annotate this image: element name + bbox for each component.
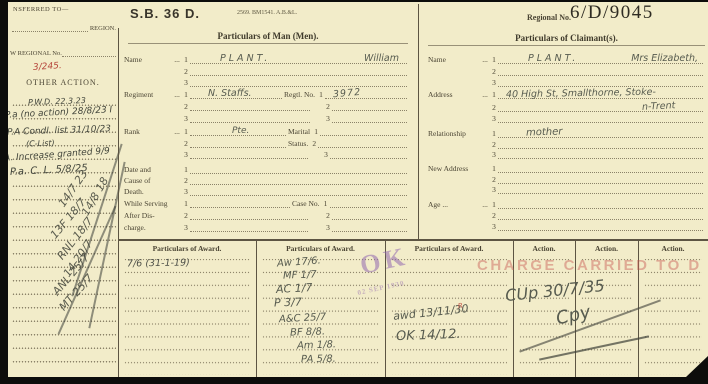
row-number: 1	[490, 90, 498, 99]
row-number: 2	[182, 102, 190, 111]
region-row: REGION.	[12, 21, 116, 32]
other-action-heading: OTHER ACTION.	[8, 78, 118, 87]
man-rank-row-3: 3 3	[124, 148, 407, 159]
row-number: 3	[182, 78, 190, 87]
claimant-age-line-2	[498, 209, 703, 220]
claimant-name-row-3: 3	[428, 76, 703, 87]
row-number: 3	[182, 223, 190, 232]
man-marital-line-1	[320, 125, 407, 136]
award-entry: AC 1/7	[276, 281, 313, 296]
death-label-3: Death.	[124, 187, 172, 196]
award-entry: OK 14/12.	[396, 327, 461, 344]
awards-section-divider	[118, 239, 708, 241]
claimant-address-row-1: Address ... 1 40 High St, Smallthorne, S…	[428, 88, 703, 99]
claimant-address-line-1: 40 High St, Smallthorne, Stoke-	[498, 88, 703, 99]
man-title-rule	[128, 43, 408, 44]
man-forename-handwriting: William	[364, 53, 399, 64]
ellipsis: ...	[480, 90, 490, 99]
new-regional-no-row: W REGIONAL No.	[10, 46, 116, 57]
after-discharge-label-1: After Dis-	[124, 211, 172, 220]
row-number: 1	[490, 129, 498, 138]
man-regiment-handwriting: N. Staffs.	[208, 88, 252, 99]
claimant-relationship-row-3: 3	[428, 148, 703, 159]
claimant-new-address-row-3: 3	[428, 183, 703, 194]
man-claimant-divider	[418, 4, 419, 240]
man-rank-handwriting: Pte.	[232, 126, 249, 136]
row-number: 2	[310, 139, 318, 148]
row-number: 1	[182, 90, 190, 99]
claimant-relationship-line-3	[498, 148, 703, 159]
man-case-line-3	[332, 221, 407, 232]
after-discharge-label-2: charge.	[124, 223, 172, 232]
claimant-age-row-3: 3	[428, 220, 703, 231]
other-action-note: (C-List)	[26, 139, 55, 149]
man-serving-line-1	[190, 197, 290, 208]
action-column-header-3: Action.	[638, 244, 708, 253]
red-check-mark: R	[457, 302, 463, 311]
man-regiment-row-2: 2 2	[124, 100, 407, 111]
man-death-row-1: Date and 1	[124, 163, 407, 174]
man-name-line-3	[190, 76, 407, 87]
action-column-header-1: Action.	[513, 244, 575, 253]
row-number: 1	[490, 55, 498, 64]
award-entry: PA 5/8.	[301, 354, 336, 366]
while-serving-label: While Serving	[124, 199, 172, 208]
man-regtl-no-handwriting: 3972	[333, 87, 362, 100]
relationship-handwriting: mother	[526, 126, 563, 138]
row-number: 1	[182, 127, 190, 136]
man-rank-line-1: Pte.	[190, 125, 286, 136]
row-number: 2	[182, 176, 190, 185]
row-number: 3	[182, 187, 190, 196]
claimant-age-row-1: Age ... ... 1	[428, 198, 703, 209]
claimant-surname-handwriting: PLANT.	[528, 53, 578, 64]
form-number: S.B. 36 D.	[130, 6, 200, 21]
man-rank-line-3	[190, 148, 308, 159]
man-name-row-2: 2	[124, 65, 407, 76]
man-name-row-1: Name ... 1 PLANT. William	[124, 53, 407, 64]
claimant-address-row-2: 2 n-Trent	[428, 101, 703, 112]
man-death-line-3	[190, 185, 407, 196]
row-number: 2	[490, 103, 498, 112]
claimant-age-row-2: 2	[428, 209, 703, 220]
claimant-name-row-2: 2	[428, 65, 703, 76]
age-label: Age ...	[428, 200, 480, 209]
row-number: 1	[182, 199, 190, 208]
man-name-label: Name	[124, 55, 172, 64]
row-number: 1	[490, 200, 498, 209]
man-serving-row-2: After Dis- 2 2	[124, 209, 407, 220]
award-entry: 7/6 (31-1-19)	[127, 257, 190, 269]
man-name-line-2	[190, 65, 407, 76]
award-entry: MF 1/7	[283, 269, 317, 281]
man-case-line-1	[330, 197, 408, 208]
new-regional-no-dotted-line	[62, 46, 116, 57]
claimant-address-handwriting-2: n-Trent	[641, 100, 675, 113]
row-number: 3	[322, 150, 330, 159]
claimant-title-rule	[428, 45, 705, 46]
row-number: 2	[182, 139, 190, 148]
claimant-name-label: Name	[428, 55, 480, 64]
man-rank-row-2: 2 Status. 2	[124, 137, 407, 148]
claimant-name-line-3	[498, 76, 703, 87]
man-regiment-line-3	[190, 112, 310, 123]
row-number: 3	[324, 114, 332, 123]
man-regtl-line-1: 3972	[325, 88, 407, 99]
card-content: NSFERRED TO— S.B. 36 D. 2569. BM1541. A.…	[8, 2, 708, 377]
man-serving-line-3	[190, 221, 308, 232]
torn-corner	[686, 356, 708, 377]
print-code: 2569. BM1541. A.B.&L.	[237, 10, 297, 16]
marital-label: Marital	[286, 127, 312, 136]
row-number: 2	[182, 211, 190, 220]
row-number: 2	[182, 67, 190, 76]
claimant-relationship-row-1: Relationship 1 mother	[428, 127, 703, 138]
record-card: NSFERRED TO— S.B. 36 D. 2569. BM1541. A.…	[8, 2, 708, 377]
claimant-address-label: Address	[428, 90, 480, 99]
claimant-forename-handwriting: Mrs Elizabeth,	[631, 53, 698, 64]
man-serving-row-1: While Serving 1 Case No. 1	[124, 197, 407, 208]
claimant-new-address-line-3	[498, 183, 703, 194]
row-number: 3	[182, 150, 190, 159]
ellipsis: ...	[480, 55, 490, 64]
award-entry: Am 1/8.	[297, 339, 336, 351]
new-regional-no-label: W REGIONAL No.	[10, 50, 62, 57]
ellipsis: ...	[172, 90, 182, 99]
red-reference-number: 3/245.	[33, 61, 62, 73]
left-column-divider	[118, 28, 119, 377]
claimant-address-line-2: n-Trent	[498, 101, 703, 112]
man-death-row-3: Death. 3	[124, 185, 407, 196]
transferred-to-label: NSFERRED TO—	[13, 6, 69, 13]
row-number: 3	[490, 114, 498, 123]
man-regiment-line-1: N. Staffs.	[190, 88, 282, 99]
death-label-2: Cause of	[124, 176, 172, 185]
man-death-row-2: Cause of 2	[124, 174, 407, 185]
man-status-line-2	[318, 137, 407, 148]
man-surname-handwriting: PLANT.	[220, 53, 270, 64]
row-number: 3	[490, 78, 498, 87]
award-col1-dotted-lines	[124, 259, 250, 375]
ellipsis: ...	[480, 200, 490, 209]
man-regiment-row-1: Regiment ... 1 N. Staffs. Regtl. No. 1 3…	[124, 88, 407, 99]
man-section-title: Particulars of Man (Men).	[128, 31, 408, 41]
row-number: 3	[490, 185, 498, 194]
man-regiment-label: Regiment	[124, 90, 172, 99]
status-label: Status.	[286, 139, 310, 148]
regtl-no-label: Regtl. No.	[282, 90, 317, 99]
regional-no-label: Regional No.	[527, 13, 571, 22]
man-name-line-1: PLANT. William	[190, 53, 407, 64]
claimant-age-line-1	[498, 198, 703, 209]
regional-no-value: 6/D/9045	[570, 2, 654, 24]
claimant-name-line-2	[498, 65, 703, 76]
row-number: 1	[182, 165, 190, 174]
new-address-label: New Address	[428, 164, 480, 173]
award-entry: P 3/7	[274, 296, 302, 310]
row-number: 3	[490, 222, 498, 231]
man-regtl-line-3	[332, 112, 407, 123]
man-serving-line-2	[190, 209, 308, 220]
man-rank-label: Rank	[124, 127, 172, 136]
claimant-new-address-line-1	[498, 162, 703, 173]
claimant-name-line-1: PLANT. Mrs Elizabeth,	[498, 53, 703, 64]
award-column-header-1: Particulars of Award.	[118, 244, 256, 253]
case-no-label: Case No.	[290, 199, 322, 208]
man-regiment-row-3: 3 3	[124, 112, 407, 123]
row-number: 2	[490, 67, 498, 76]
man-regiment-line-2	[190, 100, 310, 111]
claimant-relationship-line-1: mother	[498, 127, 703, 138]
claimant-address-handwriting-1: 40 High St, Smallthorne, Stoke-	[506, 87, 656, 101]
award-entry: BF 8/8.	[290, 326, 325, 338]
row-number: 1	[317, 90, 325, 99]
action-column-header-2: Action.	[575, 244, 638, 253]
row-number: 1	[490, 164, 498, 173]
man-death-line-1	[190, 163, 407, 174]
row-number: 2	[324, 102, 332, 111]
region-dotted-line	[12, 21, 88, 32]
man-rank-line-2	[190, 137, 286, 148]
death-label-1: Date and	[124, 165, 172, 174]
claimant-new-address-row-1: New Address 1	[428, 162, 703, 173]
claimant-name-row-1: Name ... 1 PLANT. Mrs Elizabeth,	[428, 53, 703, 64]
row-number: 3	[324, 223, 332, 232]
man-regtl-line-2	[332, 100, 407, 111]
claimant-section-title: Particulars of Claimant(s).	[428, 33, 705, 43]
claimant-address-row-3: 3	[428, 112, 703, 123]
awards-col-divider	[256, 240, 257, 377]
row-number: 3	[182, 114, 190, 123]
scanned-pension-card-page: { "ellipsis": "...", "nums": ["1", "2", …	[0, 0, 708, 384]
man-death-line-2	[190, 174, 407, 185]
region-label: REGION.	[88, 25, 116, 32]
charge-carried-stamp: CHARGE CARRIED TO D	[477, 257, 702, 274]
row-number: 1	[182, 55, 190, 64]
man-rank-row-1: Rank ... 1 Pte. Marital 1	[124, 125, 407, 136]
row-number: 1	[322, 199, 330, 208]
ellipsis: ...	[172, 55, 182, 64]
claimant-address-line-3	[498, 112, 703, 123]
man-name-row-3: 3	[124, 76, 407, 87]
relationship-label: Relationship	[428, 129, 480, 138]
man-case-line-2	[332, 209, 407, 220]
row-number: 3	[490, 150, 498, 159]
ellipsis: ...	[172, 127, 182, 136]
man-status-line-3	[330, 148, 407, 159]
man-serving-row-3: charge. 3 3	[124, 221, 407, 232]
row-number: 2	[490, 211, 498, 220]
claimant-age-line-3	[498, 220, 703, 231]
row-number: 2	[324, 211, 332, 220]
row-number: 1	[312, 127, 320, 136]
